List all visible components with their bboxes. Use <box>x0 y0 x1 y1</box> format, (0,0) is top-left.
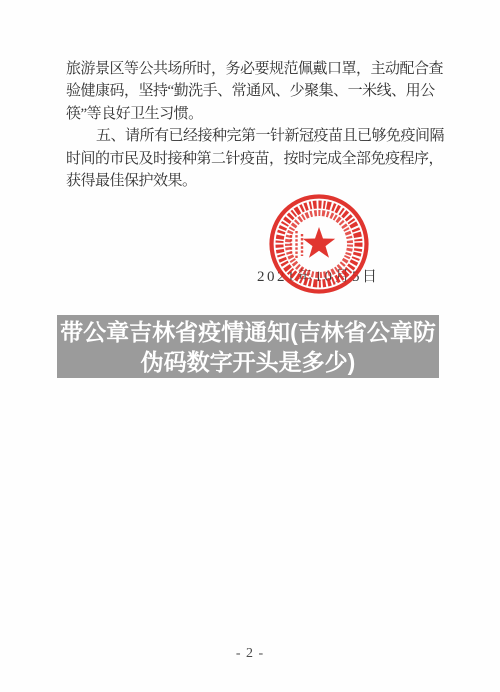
body-line: 筷”等良好卫生习惯。 <box>66 103 438 125</box>
body-line: 时间的市民及时接种第二针疫苗，按时完成全部免疫程序， <box>66 148 438 170</box>
seal-left-script <box>291 231 302 258</box>
title-banner: 带公章吉林省疫情通知(吉林省公章防 伪码数字开头是多少) <box>57 315 439 378</box>
banner-title-line1: 带公章吉林省疫情通知(吉林省公章防 <box>60 317 436 347</box>
body-text: 旅游景区等公共场所时，务必要规范佩戴口罩，主动配合查 验健康码，坚持“勤洗手、常… <box>66 58 438 192</box>
official-seal <box>266 191 372 297</box>
seal-star-icon <box>303 227 335 258</box>
body-line: 五、请所有已经接种完第一针新冠疫苗且已够免疫间隔 <box>66 125 438 147</box>
document-page: 旅游景区等公共场所时，务必要规范佩戴口罩，主动配合查 验健康码，坚持“勤洗手、常… <box>0 0 500 692</box>
body-line: 旅游景区等公共场所时，务必要规范佩戴口罩，主动配合查 <box>66 58 438 80</box>
body-line: 验健康码，坚持“勤洗手、常通风、少聚集、一米线、用公 <box>66 80 438 102</box>
page-number: - 2 - <box>0 646 500 662</box>
banner-title-line2: 伪码数字开头是多少) <box>141 347 356 377</box>
body-line: 获得最佳保护效果。 <box>66 170 438 192</box>
